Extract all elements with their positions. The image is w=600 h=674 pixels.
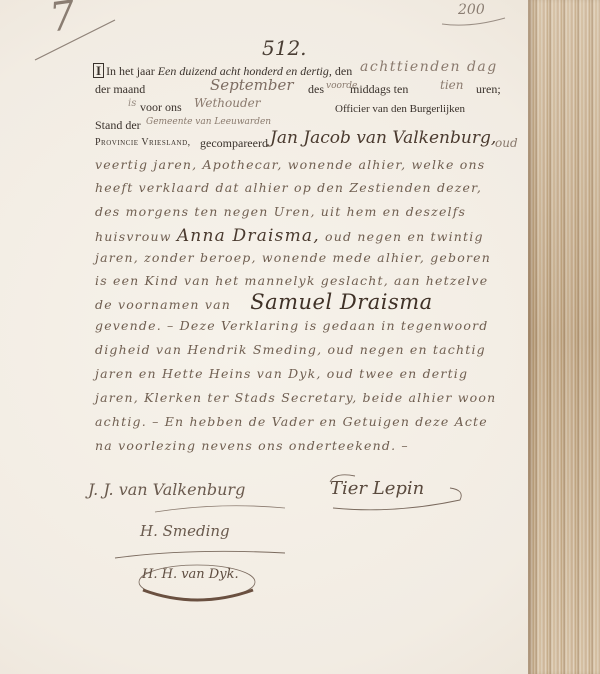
printed-gecompareerd: gecompareerd (200, 136, 268, 151)
handwritten-day: achttienden dag (360, 59, 498, 75)
register-page (0, 0, 600, 674)
entry-line-18: na voorlezing nevens ons onderteekend. – (95, 438, 409, 453)
entry-text: oud negen en twintig (325, 229, 484, 244)
entry-line-7: heeft verklaard dat alhier op den Zestie… (95, 180, 482, 195)
printed-officier: Officier van den Burgerlijken (335, 103, 465, 115)
handwritten-oud: oud (495, 136, 518, 150)
corner-stroke (30, 15, 120, 65)
signature-official-flourish (325, 470, 465, 515)
printed-des: des (308, 82, 324, 97)
entry-line-14: digheid van Hendrik Smeding, oud negen e… (95, 342, 486, 357)
printed-uren: uren; (476, 82, 501, 97)
printed-provincie: Provincie Vriesland, (95, 137, 191, 148)
entry-line-15: jaren en Hette Heins van Dyk, oud twee e… (95, 366, 468, 381)
entry-text: huisvrouw (95, 229, 172, 244)
printed-voor-ons: voor ons (140, 100, 182, 115)
handwritten-municipality: Gemeente van Leeuwarden (146, 117, 271, 127)
entry-line-16: jaren, Klerken ter Stads Secretary, beid… (95, 390, 496, 405)
entry-line-13: gevende. – Deze Verklaring is gedaan in … (95, 318, 488, 333)
printed-text: den (335, 64, 352, 78)
initial-capital: I (93, 63, 104, 78)
entry-line-6: veertig jaren, Apothecar, wonende alhier… (95, 157, 485, 172)
signature-father: J. J. van Valkenburg (88, 480, 245, 499)
book-edge-shading (528, 0, 600, 674)
printed-stand-der: Stand der (95, 118, 141, 133)
printed-middags: middags ten (350, 82, 408, 97)
entry-line-17: achtig. – En hebben de Vader en Getuigen… (95, 414, 488, 429)
handwritten-official-title: Wethouder (194, 96, 260, 110)
entry-text: de voornamen van (95, 297, 231, 312)
mother-name: Anna Draisma, (177, 226, 320, 246)
act-number: 512. (262, 36, 307, 60)
printed-der-maand: der maand (95, 82, 145, 97)
declarant-name: Jan Jacob van Valkenburg, (270, 128, 496, 148)
entry-line-11: is een Kind van het mannelyk geslacht, a… (95, 273, 488, 288)
handwritten-month: September (210, 76, 294, 94)
entry-line-8: des morgens ten negen Uren, uit hem en d… (95, 204, 466, 219)
child-name: Samuel Draisma (250, 290, 433, 314)
entry-line-12: de voornamen van Samuel Draisma (95, 290, 433, 314)
signature-witness-2: H. H. van Dyk. (142, 567, 239, 582)
handwritten-hour: tien (440, 78, 464, 92)
page-number-underline (440, 16, 510, 28)
signature-father-flourish (150, 500, 290, 520)
entry-line-10: jaren, zonder beroep, wonende mede alhie… (95, 250, 491, 265)
entry-line-9: huisvrouw Anna Draisma, oud negen en twi… (95, 226, 484, 246)
printed-text: In het jaar (106, 64, 155, 78)
handwritten-is: is (128, 98, 136, 109)
